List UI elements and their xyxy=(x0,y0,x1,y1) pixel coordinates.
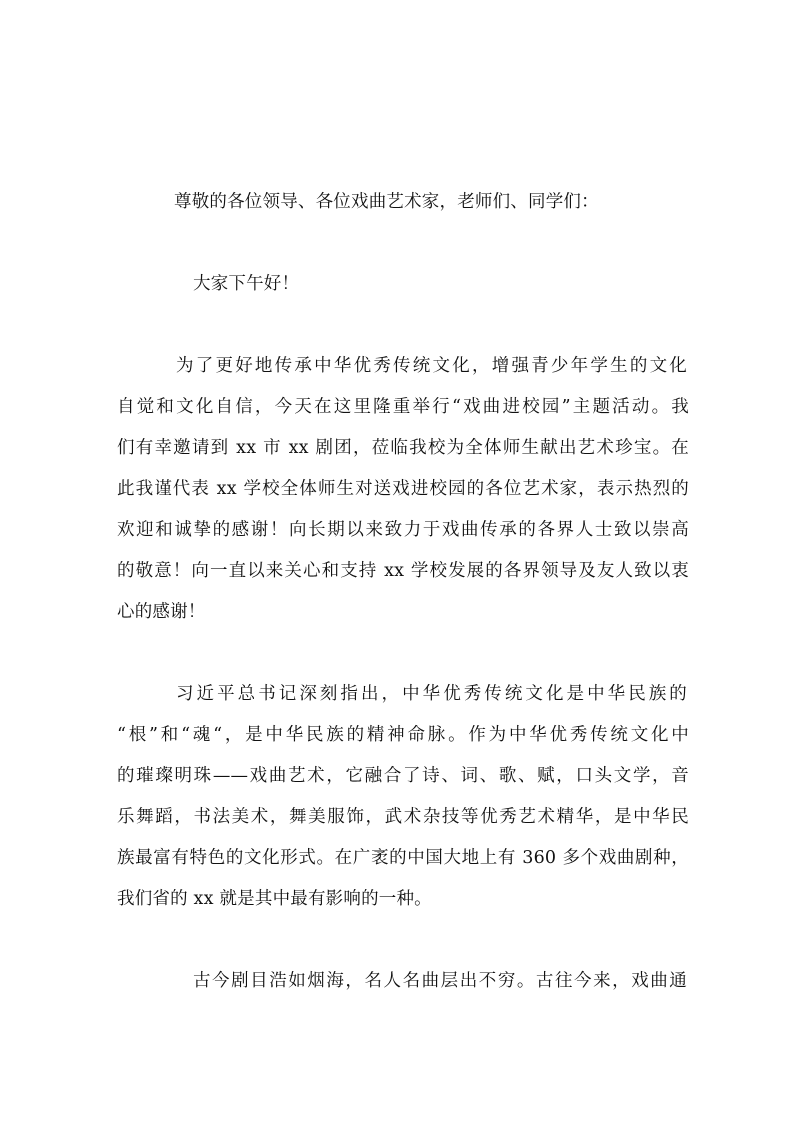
paragraph-line: 为了更好地传承中华优秀传统文化，增强青少年学生的文化 xyxy=(176,355,687,377)
paragraph-line: 习近平总书记深刻指出，中华优秀传统文化是中华民族的 xyxy=(176,683,687,705)
paragraph-line: 心的感谢！ xyxy=(117,601,206,623)
salutation: 尊敬的各位领导、各位戏曲艺术家，老师们、同学们： xyxy=(174,191,599,213)
paragraph-line: 们有幸邀请到 xx 市 xx 剧团，莅临我校为全体师生献出艺术珍宝。在 xyxy=(117,437,689,459)
paragraph-line: 的敬意！向一直以来关心和支持 xx 学校发展的各界领导及友人致以衷 xyxy=(117,560,689,582)
paragraph-line: “根”和“魂“，是中华民族的精神命脉。作为中华优秀传统文化中 xyxy=(117,724,689,746)
paragraph-line: 欢迎和诚挚的感谢！向长期以来致力于戏曲传承的各界人士致以崇高 xyxy=(117,519,689,541)
paragraph-line: 自觉和文化自信，今天在这里隆重举行“戏曲进校园”主题活动。我 xyxy=(117,396,689,418)
paragraph-line: 乐舞蹈，书法美术，舞美服饰，武术杂技等优秀艺术精华，是中华民 xyxy=(117,806,689,828)
greeting: 大家下午好！ xyxy=(193,273,299,295)
paragraph-line: 古今剧目浩如烟海，名人名曲层出不穷。古往今来，戏曲通 xyxy=(193,970,687,992)
paragraph-line: 此我谨代表 xx 学校全体师生对送戏进校园的各位艺术家，表示热烈的 xyxy=(117,478,689,500)
paragraph-line: 我们省的 xx 就是其中最有影响的一种。 xyxy=(117,888,432,910)
paragraph-line: 族最富有特色的文化形式。在广袤的中国大地上有 360 多个戏曲剧种， xyxy=(117,847,689,869)
paragraph-line: 的璀璨明珠——戏曲艺术，它融合了诗、词、歌、赋，口头文学，音 xyxy=(117,765,689,787)
document-page: 尊敬的各位领导、各位戏曲艺术家，老师们、同学们： 大家下午好！ 为了更好地传承中… xyxy=(0,0,793,1122)
